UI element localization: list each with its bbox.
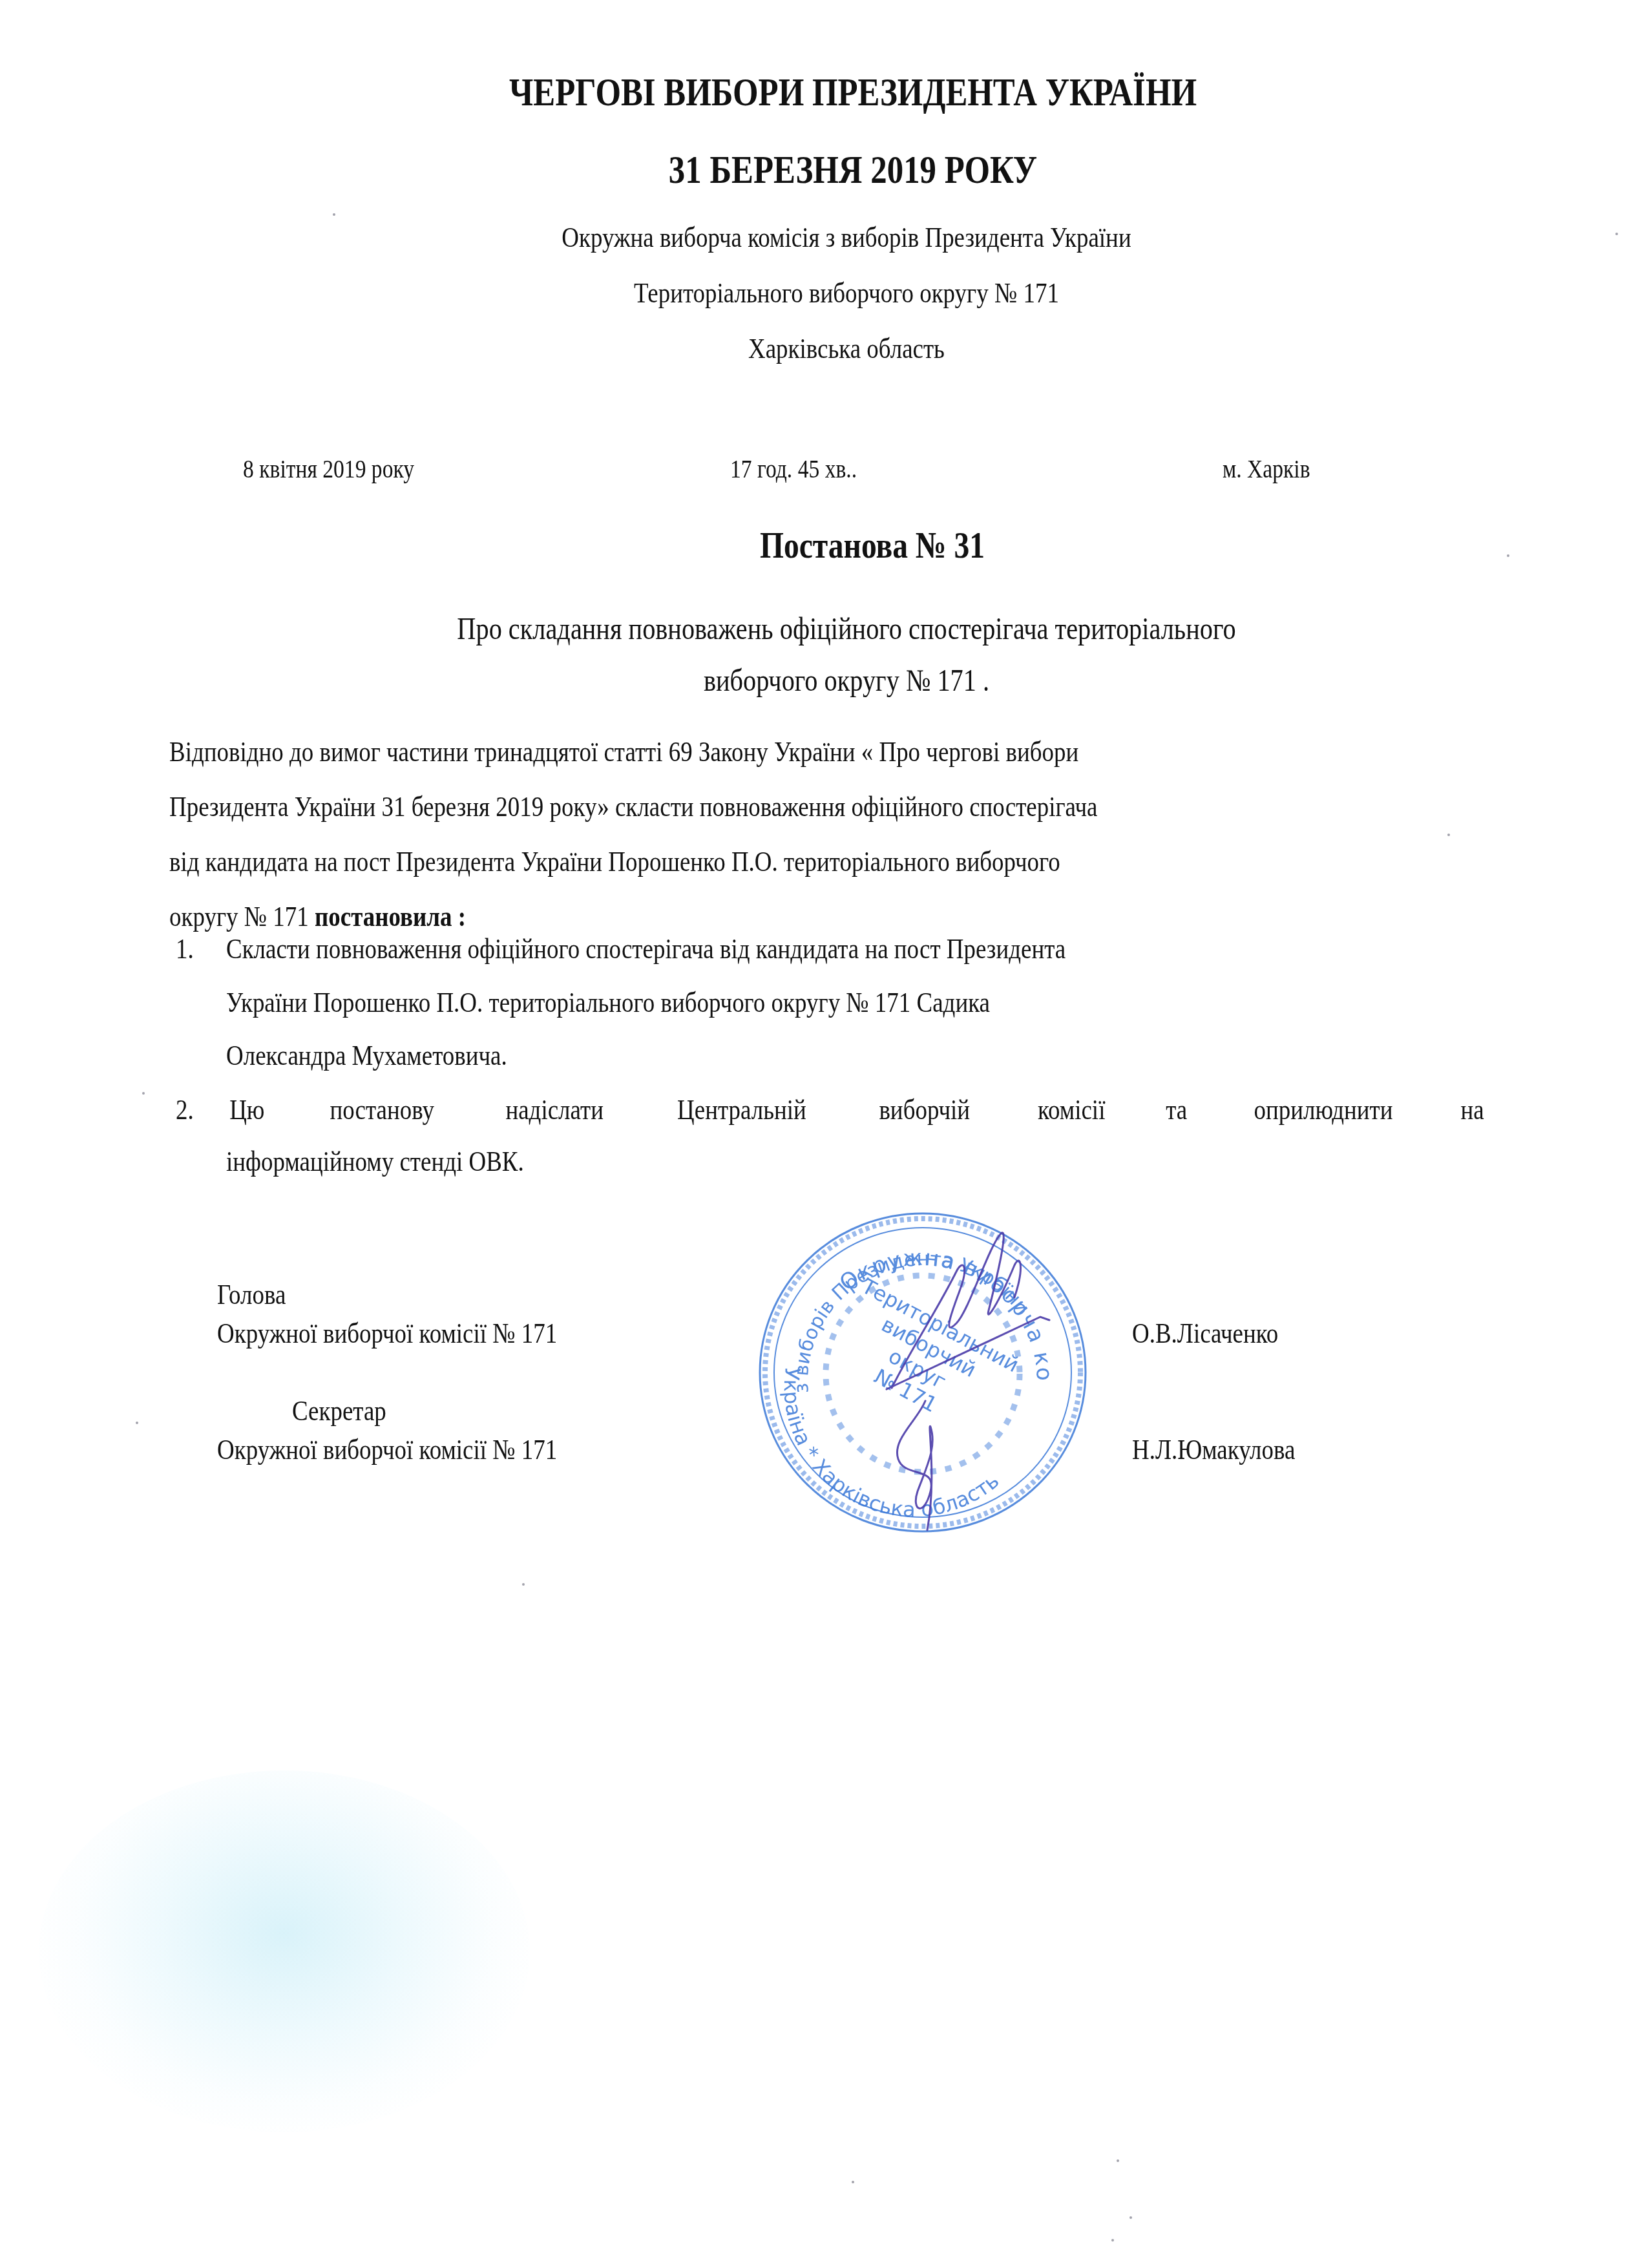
document-title: ЧЕРГОВІ ВИБОРИ ПРЕЗИДЕНТА УКРАЇНИ — [154, 70, 1553, 116]
signature-body-chair: Окружної виборчої комісії № 171 — [217, 1317, 557, 1350]
list-item-justified-line: Цю постанову надіслати Центральній вибор… — [226, 1093, 1486, 1126]
scan-speck — [333, 213, 335, 216]
body-line-text: округу № 171 — [169, 901, 315, 932]
body-line-last: округу № 171 постановила : — [169, 900, 466, 933]
word: постанову — [330, 1093, 435, 1126]
scan-speck — [1615, 233, 1618, 235]
list-item-line: України Порошенко П.О. територіального в… — [226, 986, 990, 1019]
scan-speck — [142, 1092, 145, 1095]
word: Центральній — [677, 1093, 806, 1126]
scan-speck — [1117, 2159, 1119, 2162]
resolution-subject-line1: Про складання повноважень офіційного спо… — [136, 611, 1558, 647]
signature-name-chair: О.В.Лісаченко — [1132, 1317, 1278, 1350]
body-line: Президента України 31 березня 2019 року»… — [169, 790, 1098, 823]
scan-speck — [1129, 2216, 1132, 2219]
region-name: Харківська область — [136, 332, 1558, 365]
word: комісії — [1038, 1093, 1105, 1126]
body-line: від кандидата на пост Президента України… — [169, 845, 1060, 878]
signature-name-secretary: Н.Л.Юмакулова — [1132, 1433, 1295, 1466]
signature-role-secretary: Секретар — [292, 1394, 386, 1427]
official-stamp: Окружна виборча комісія з виборів Презид… — [743, 1207, 1105, 1543]
scan-smudge — [39, 1770, 530, 2132]
word: виборчій — [879, 1093, 971, 1126]
list-item-line: інформаційному стенді ОВК. — [226, 1145, 524, 1178]
scan-speck — [136, 1422, 138, 1424]
word: оприлюднити — [1254, 1093, 1393, 1126]
document-time: 17 год. 45 хв.. — [730, 454, 857, 484]
decision-word: постановила : — [315, 901, 466, 932]
stamp-seal-icon: Окружна виборча комісія з виборів Презид… — [743, 1207, 1105, 1543]
list-item-number: 1. — [176, 932, 194, 965]
resolution-subject-line2: виборчого округу № 171 . — [136, 663, 1558, 698]
scan-speck — [1507, 554, 1509, 557]
signature-body-secretary: Окружної виборчої комісії № 171 — [217, 1433, 557, 1466]
word: Цю — [229, 1093, 264, 1126]
election-date-title: 31 БЕРЕЗНЯ 2019 РОКУ — [154, 147, 1553, 193]
list-item-line: Скласти повноваження офіційного спостері… — [226, 932, 1066, 965]
document-date: 8 квітня 2019 року — [243, 454, 414, 484]
district-name: Територіального виборчого округу № 171 — [136, 277, 1558, 310]
word: на — [1460, 1093, 1484, 1126]
scan-speck — [522, 1583, 525, 1586]
commission-name: Окружна виборча комісія з виборів Презид… — [136, 221, 1558, 254]
list-item-number: 2. — [176, 1093, 194, 1126]
signature-role-chair: Голова — [217, 1278, 286, 1311]
scan-speck — [1111, 2239, 1114, 2242]
list-item-line: Олександра Мухаметовича. — [226, 1039, 507, 1072]
resolution-title: Постанова № 31 — [157, 523, 1588, 567]
scan-speck — [1447, 834, 1450, 836]
scan-speck — [852, 2181, 854, 2183]
body-line: Відповідно до вимог частини тринадцятої … — [169, 735, 1078, 768]
word: надіслати — [506, 1093, 604, 1126]
word: та — [1166, 1093, 1187, 1126]
document-place: м. Харків — [1223, 454, 1310, 484]
